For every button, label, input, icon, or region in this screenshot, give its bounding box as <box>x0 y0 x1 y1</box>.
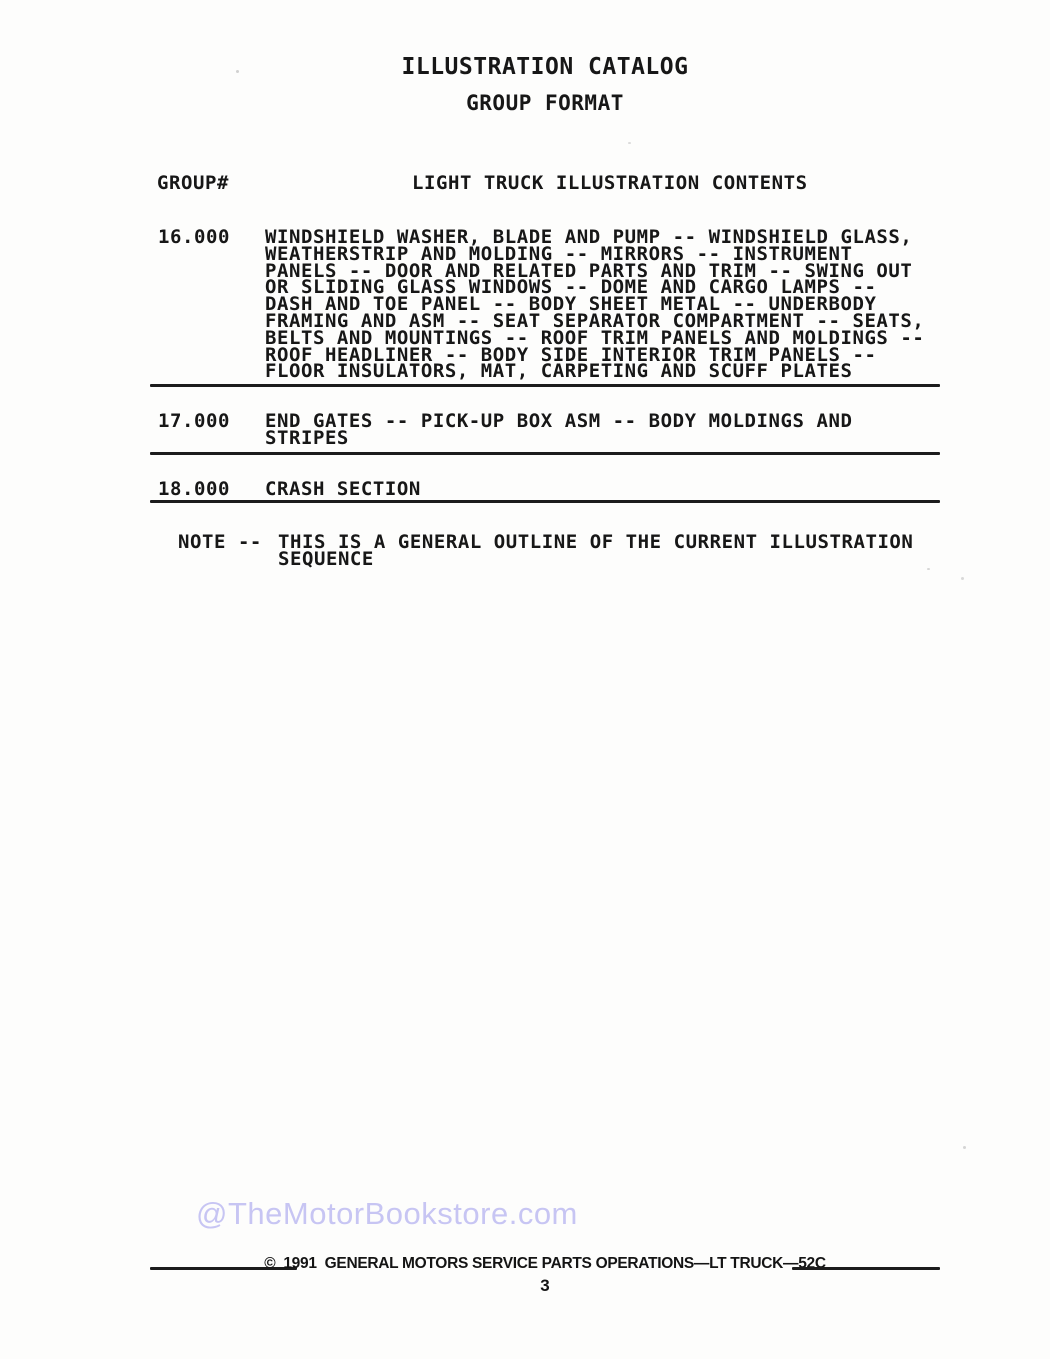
scan-speck <box>628 142 631 144</box>
entry-contents: END GATES -- PICK-UP BOX ASM -- BODY MOL… <box>265 413 852 447</box>
entry-contents: CRASH SECTION <box>265 481 421 498</box>
contents-column-header: LIGHT TRUCK ILLUSTRATION CONTENTS <box>412 175 808 192</box>
entry-group-number: 18.000 <box>158 481 230 498</box>
group-column-header: GROUP# <box>157 175 229 192</box>
note-label: NOTE -- <box>178 534 262 551</box>
scan-speck <box>963 1146 966 1149</box>
section-rule <box>150 500 940 503</box>
footer-rule-right <box>792 1267 940 1270</box>
scan-speck <box>961 577 964 580</box>
scan-speck <box>927 568 930 570</box>
section-rule <box>150 384 940 387</box>
entry-group-number: 16.000 <box>158 229 230 246</box>
page-title: ILLUSTRATION CATALOG <box>150 54 940 80</box>
page-number: 3 <box>150 1277 940 1295</box>
note-text: THIS IS A GENERAL OUTLINE OF THE CURRENT… <box>278 534 913 568</box>
watermark-text: @TheMotorBookstore.com <box>196 1197 578 1231</box>
scan-speck <box>236 70 239 73</box>
section-rule <box>150 452 940 455</box>
page-subtitle: GROUP FORMAT <box>150 91 940 115</box>
catalog-page: ILLUSTRATION CATALOG GROUP FORMAT GROUP#… <box>0 0 1050 1359</box>
entry-group-number: 17.000 <box>158 413 230 430</box>
entry-contents: WINDSHIELD WASHER, BLADE AND PUMP -- WIN… <box>265 229 924 380</box>
